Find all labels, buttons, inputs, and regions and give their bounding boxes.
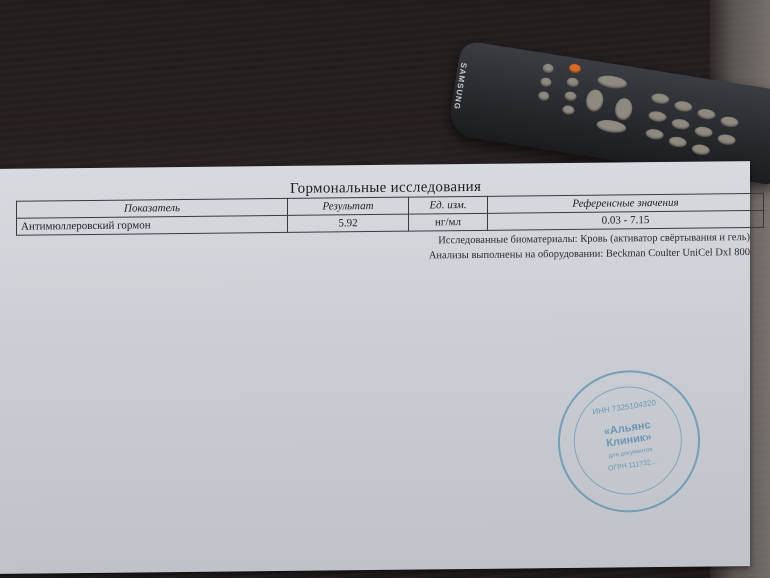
remote-button — [566, 77, 579, 88]
remote-button — [585, 88, 605, 112]
header-unit: Ед. изм. — [409, 196, 488, 214]
remote-button — [651, 92, 670, 105]
remote-button — [648, 110, 667, 123]
remote-button — [564, 91, 577, 102]
remote-button — [645, 128, 664, 141]
remote-button — [668, 136, 687, 149]
remote-button — [542, 63, 554, 74]
remote-button — [614, 97, 634, 121]
cell-unit: нг/мл — [409, 213, 488, 231]
remote-button — [597, 74, 629, 91]
remote-button — [562, 105, 575, 116]
remote-button — [596, 118, 628, 135]
remote-button — [674, 100, 693, 113]
remote-button — [717, 133, 736, 146]
remote-button — [720, 116, 739, 129]
remote-button — [538, 91, 550, 102]
header-result: Результат — [288, 197, 409, 215]
remote-power-button — [568, 63, 581, 74]
equipment-note: Анализы выполнены на оборудовании: Beckm… — [429, 247, 750, 261]
clinic-stamp: ИНН 7325104320 «Альянс Клиник» для докум… — [549, 361, 709, 523]
remote-button — [697, 108, 716, 121]
lab-result-sheet: Гормональные исследования Показатель Рез… — [0, 161, 750, 574]
cell-indicator: Антимюллеровский гормон — [17, 215, 288, 235]
document-title: Гормональные исследования — [290, 179, 481, 198]
remote-button — [671, 118, 690, 131]
biomaterial-note: Исследованные биоматериалы: Кровь (актив… — [438, 232, 750, 246]
remote-button — [540, 77, 552, 88]
remote-button — [694, 126, 713, 139]
cell-result: 5.92 — [288, 214, 409, 232]
remote-button — [691, 143, 710, 156]
cell-reference: 0.03 - 7.15 — [488, 210, 764, 230]
results-table: Показатель Результат Ед. изм. Референсны… — [16, 193, 764, 236]
